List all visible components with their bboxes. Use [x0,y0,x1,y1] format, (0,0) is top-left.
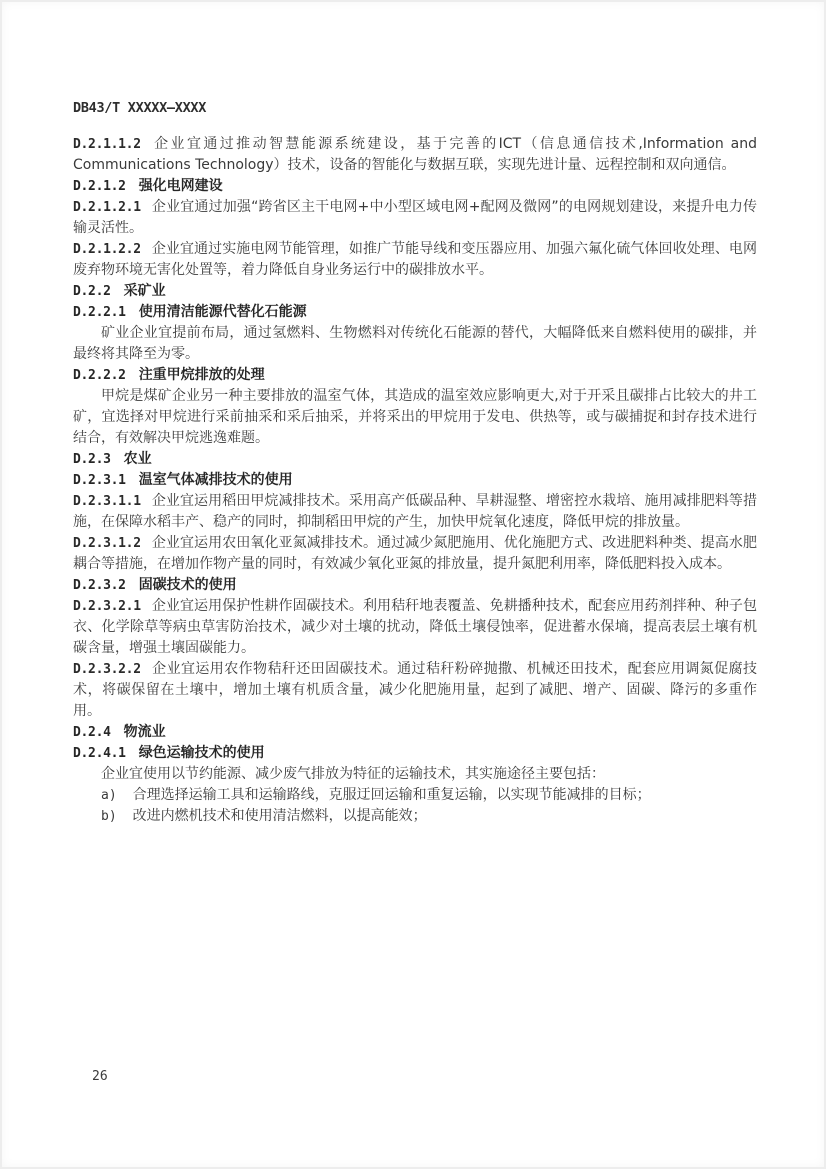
clause-number: D.2.3.2.1 [73,599,141,614]
section-heading-title: 强化电网建设 [139,178,223,194]
section-heading-number: D.2.3 [73,452,111,467]
section-heading: D.2.4.1绿色运输技术的使用 [73,743,757,764]
section-heading: D.2.2采矿业 [73,281,757,302]
section-heading-number: D.2.4.1 [73,746,126,761]
clause-text: 企业宜通过加强“跨省区主干电网+中小型区域电网+配网及微网”的电网规划建设，来提… [73,199,757,236]
clause-number: D.2.1.2.1 [73,200,141,215]
clause-text: 企业宜运用保护性耕作固碳技术。利用秸秆地表覆盖、免耕播种技术，配套应用药剂拌种、… [73,598,757,656]
section-heading-number: D.2.4 [73,725,111,740]
clause-text: 企业宜运用农作物秸秆还田固碳技术。通过秸秆粉碎抛撒、机械还田技术，配套应用调氮促… [73,661,757,719]
clause-paragraph: D.2.3.2.2企业宜运用农作物秸秆还田固碳技术。通过秸秆粉碎抛撒、机械还田技… [73,659,757,722]
section-heading: D.2.3.1温室气体减排技术的使用 [73,470,757,491]
list-item-text: 合理选择运输工具和运输路线，克服迂回运输和重复运输，以实现节能减排的目标； [133,787,651,803]
list-item-text: 改进内燃机技术和使用清洁燃料，以提高能效； [133,808,427,824]
section-heading: D.2.3.2固碳技术的使用 [73,575,757,596]
section-heading-title: 固碳技术的使用 [139,577,237,593]
clause-number: D.2.1.2.2 [73,242,141,257]
section-heading: D.2.3农业 [73,449,757,470]
clause-number: D.2.3.1.1 [73,494,141,509]
list-item: a)合理选择运输工具和运输路线，克服迂回运输和重复运输，以实现节能减排的目标； [73,785,757,806]
clause-paragraph: D.2.1.2.1企业宜通过加强“跨省区主干电网+中小型区域电网+配网及微网”的… [73,197,757,239]
section-heading-title: 物流业 [124,724,166,740]
clause-number: D.2.3.2.2 [73,662,141,677]
section-heading-number: D.2.3.1 [73,473,126,488]
clause-paragraph: D.2.3.1.1企业宜运用稻田甲烷减排技术。采用高产低碳品种、旱耕湿整、增密控… [73,491,757,533]
section-heading-title: 采矿业 [124,283,166,299]
document-page: DB43/T XXXXX—XXXX D.2.1.1.2企业宜通过推动智慧能源系统… [0,0,826,1169]
page-number: 26 [92,1069,108,1084]
list-item-marker: a) [101,788,117,803]
clause-paragraph: D.2.3.1.2企业宜运用农田氧化亚氮减排技术。通过减少氮肥施用、优化施肥方式… [73,533,757,575]
section-heading: D.2.1.2强化电网建设 [73,176,757,197]
section-heading-number: D.2.2.1 [73,305,126,320]
section-heading-number: D.2.2.2 [73,368,126,383]
list-item: b)改进内燃机技术和使用清洁燃料，以提高能效； [73,806,757,827]
body-paragraph: 矿业企业宜提前布局，通过氢燃料、生物燃料对传统化石能源的替代，大幅降低来自燃料使… [73,323,757,365]
section-heading-title: 温室气体减排技术的使用 [139,472,293,488]
list-item-marker: b) [101,809,117,824]
section-heading-title: 农业 [124,451,152,467]
section-heading-title: 使用清洁能源代替化石能源 [139,304,307,320]
section-heading: D.2.2.1使用清洁能源代替化石能源 [73,302,757,323]
clause-paragraph: D.2.1.2.2企业宜通过实施电网节能管理，如推广节能导线和变压器应用、加强六… [73,239,757,281]
document-header-code: DB43/T XXXXX—XXXX [73,100,206,116]
clause-number: D.2.3.1.2 [73,536,141,551]
body-paragraph: 企业宜使用以节约能源、减少废气排放为特征的运输技术，其实施途径主要包括： [73,764,757,785]
section-heading-title: 绿色运输技术的使用 [139,745,265,761]
clause-text: 企业宜通过推动智慧能源系统建设，基于完善的ICT（信息通信技术,Informat… [73,136,757,173]
clause-text: 企业宜通过实施电网节能管理，如推广节能导线和变压器应用、加强六氟化硫气体回收处理… [73,241,757,278]
clause-text: 企业宜运用稻田甲烷减排技术。采用高产低碳品种、旱耕湿整、增密控水栽培、施用减排肥… [73,493,757,530]
section-heading-number: D.2.1.2 [73,179,126,194]
section-heading: D.2.2.2注重甲烷排放的处理 [73,365,757,386]
section-heading-title: 注重甲烷排放的处理 [139,367,265,383]
section-heading-number: D.2.2 [73,284,111,299]
clause-paragraph: D.2.3.2.1企业宜运用保护性耕作固碳技术。利用秸秆地表覆盖、免耕播种技术，… [73,596,757,659]
body-paragraph: 甲烷是煤矿企业另一种主要排放的温室气体，其造成的温室效应影响更大,对于开采且碳排… [73,386,757,449]
clause-number: D.2.1.1.2 [73,137,141,152]
section-heading: D.2.4物流业 [73,722,757,743]
clause-paragraph: D.2.1.1.2企业宜通过推动智慧能源系统建设，基于完善的ICT（信息通信技术… [73,134,757,176]
document-body: D.2.1.1.2企业宜通过推动智慧能源系统建设，基于完善的ICT（信息通信技术… [73,134,757,827]
clause-text: 企业宜运用农田氧化亚氮减排技术。通过减少氮肥施用、优化施肥方式、改进肥料种类、提… [73,535,757,572]
section-heading-number: D.2.3.2 [73,578,126,593]
